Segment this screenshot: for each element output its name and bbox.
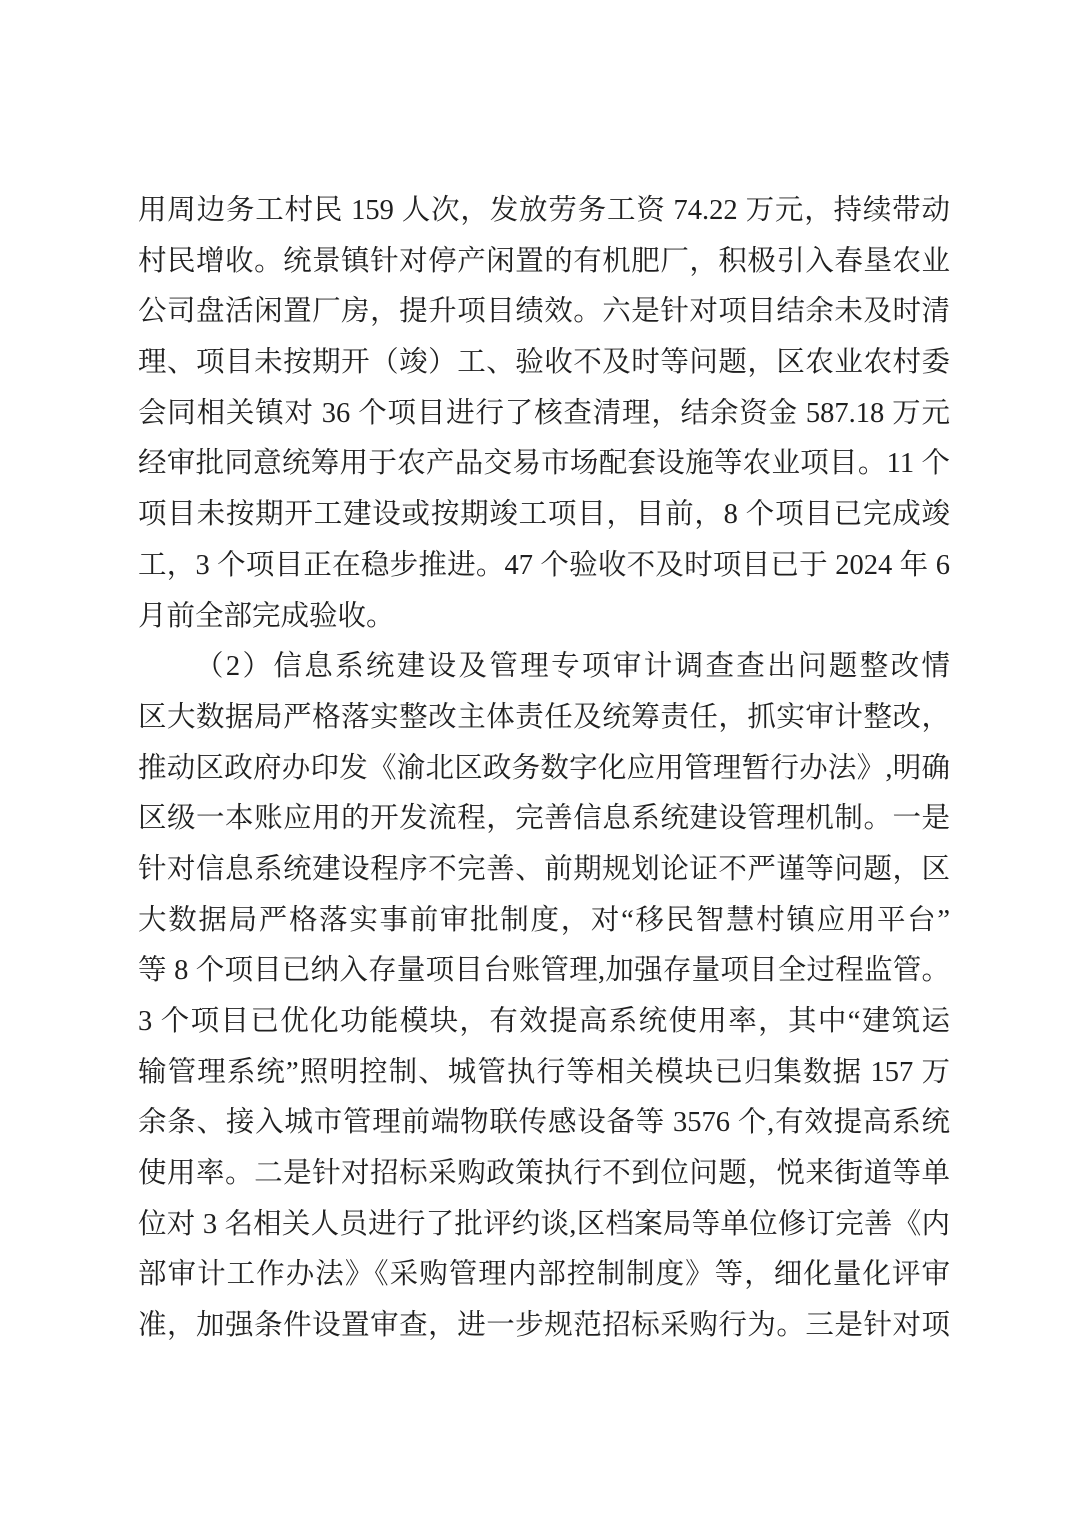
text-line: 区大数据局严格落实整改主体责任及统筹责任，抓实审计整改， [138, 693, 950, 744]
text-line: 位对 3 名相关人员进行了批评约谈,区档案局等单位修订完善《内 [138, 1200, 950, 1251]
text-line: 大数据局严格落实事前审批制度，对“移民智慧村镇应用平台” [138, 896, 950, 947]
document-page: 用周边务工村民 159 人次，发放劳务工资 74.22 万元，持续带动 村民增收… [0, 0, 1074, 1520]
text-line: 村民增收。统景镇针对停产闲置的有机肥厂，积极引入春垦农业 [138, 237, 950, 288]
text-line: 部审计工作办法》《采购管理内部控制制度》等，细化量化评审标 [138, 1250, 950, 1301]
paragraph-end-line: 月前全部完成验收。 [138, 592, 950, 643]
paragraph-start-line: （2）信息系统建设及管理专项审计调查查出问题整改情况。 [138, 642, 950, 693]
document-text-block: 用周边务工村民 159 人次，发放劳务工资 74.22 万元，持续带动 村民增收… [138, 186, 950, 1352]
text-line: 工，3 个项目正在稳步推进。47 个验收不及时项目已于 2024 年 6 [138, 541, 950, 592]
text-line: 等 8 个项目已纳入存量项目台账管理,加强存量项目全过程监管。 [138, 946, 950, 997]
text-line: 理、项目未按期开（竣）工、验收不及时等问题，区农业农村委 [138, 338, 950, 389]
text-line: 针对信息系统建设程序不完善、前期规划论证不严谨等问题，区 [138, 845, 950, 896]
text-line: 余条、接入城市管理前端物联传感设备等 3576 个,有效提高系统 [138, 1098, 950, 1149]
text-line: 准，加强条件设置审查，进一步规范招标采购行为。三是针对项 [138, 1301, 950, 1352]
text-line: 输管理系统”照明控制、城管执行等相关模块已归集数据 157 万 [138, 1048, 950, 1099]
text-line: 经审批同意统筹用于农产品交易市场配套设施等农业项目。11 个 [138, 439, 950, 490]
text-line: 推动区政府办印发《渝北区政务数字化应用管理暂行办法》,明确 [138, 744, 950, 795]
text-line: 3 个项目已优化功能模块，有效提高系统使用率，其中“建筑运 [138, 997, 950, 1048]
text-line: 项目未按期开工建设或按期竣工项目，目前，8 个项目已完成竣 [138, 490, 950, 541]
text-line: 会同相关镇对 36 个项目进行了核查清理，结余资金 587.18 万元 [138, 389, 950, 440]
text-line: 公司盘活闲置厂房，提升项目绩效。六是针对项目结余未及时清 [138, 287, 950, 338]
text-line: 使用率。二是针对招标采购政策执行不到位问题，悦来街道等单 [138, 1149, 950, 1200]
text-line: 区级一本账应用的开发流程，完善信息系统建设管理机制。一是 [138, 794, 950, 845]
text-line: 用周边务工村民 159 人次，发放劳务工资 74.22 万元，持续带动 [138, 186, 950, 237]
